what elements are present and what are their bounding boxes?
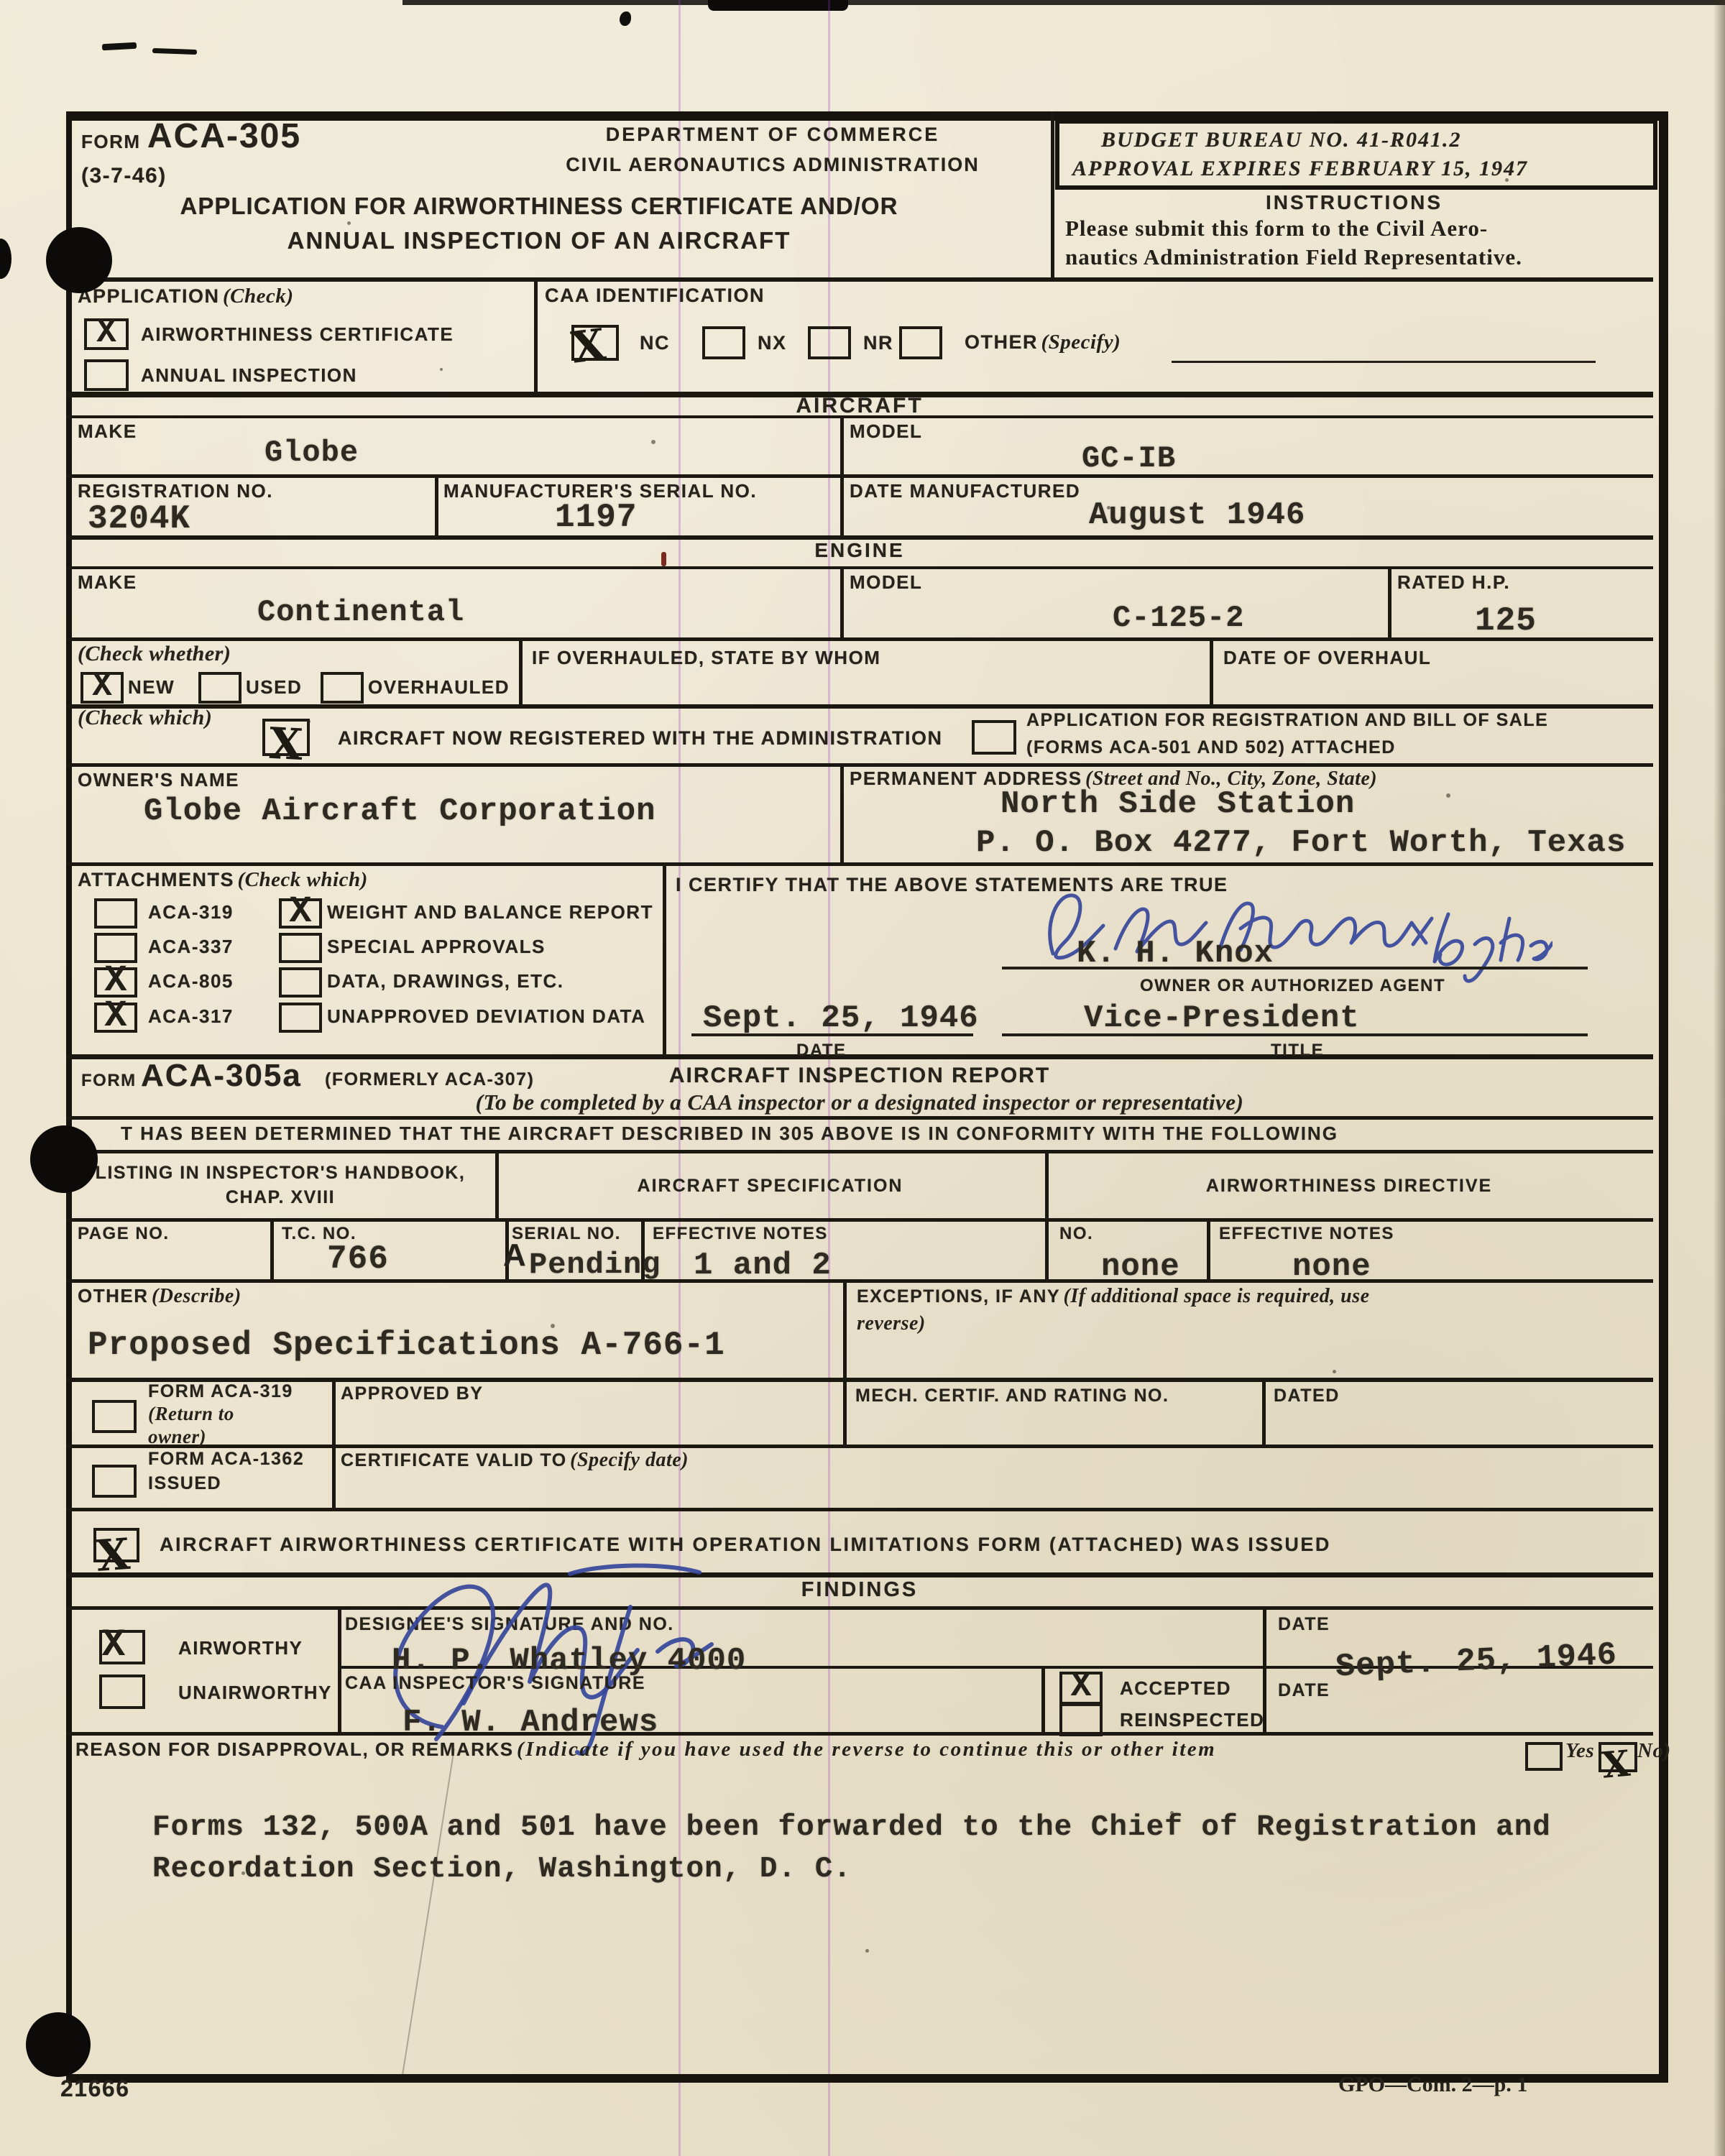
caa-identification-label: CAA IDENTIFICATION <box>545 285 765 307</box>
checkbox-other <box>899 326 942 359</box>
reverse-yes-label: Yes <box>1565 1739 1594 1763</box>
rated-hp-value: 125 <box>1475 602 1537 640</box>
checkbox-airworthy: X <box>99 1630 145 1664</box>
findings-date-label-bottom: DATE <box>1278 1680 1330 1701</box>
aircraft-section-title: AIRCRAFT <box>66 394 1653 418</box>
checkbox-reverse-no: X <box>1598 1742 1637 1772</box>
application-label-italic: (Check) <box>223 285 294 308</box>
checkbox-airworthiness-certificate: X <box>84 318 129 350</box>
serial-no-value: 1197 <box>555 499 637 536</box>
other-label-italic: (Describe) <box>152 1285 241 1307</box>
checkbox-nx <box>702 326 745 359</box>
checkbox-aca-317: X <box>94 1003 137 1033</box>
other-specify-line <box>1172 361 1596 363</box>
x-mark: X <box>1071 1669 1092 1704</box>
certification-date-value: Sept. 25, 1946 <box>703 1000 979 1036</box>
owner-name-value: Globe Aircraft Corporation <box>144 793 656 829</box>
overhaul-by-label: IF OVERHAULED, STATE BY WHOM <box>532 647 880 669</box>
form-label: FORM <box>81 131 141 153</box>
aircraft-model-value: GC-IB <box>1082 441 1176 476</box>
checkbox-registered: X <box>262 719 310 756</box>
engine-section-title: ENGINE <box>66 539 1653 562</box>
aircraft-model-label: MODEL <box>850 420 922 443</box>
date-manufactured-label: DATE MANUFACTURED <box>850 480 1080 502</box>
address-line-2: P. O. Box 4277, Fort Worth, Texas <box>976 825 1626 861</box>
data-drawings-label: DATA, DRAWINGS, ETC. <box>327 970 563 992</box>
handbook-col-label-1: LISTING IN INSPECTOR'S HANDBOOK, <box>72 1163 489 1184</box>
inspection-title: AIRCRAFT INSPECTION REPORT <box>66 1064 1653 1088</box>
form-title-2: ANNUAL INSPECTION OF AN AIRCRAFT <box>129 227 949 254</box>
other-label: OTHER <box>965 331 1038 353</box>
other-label: OTHER <box>78 1285 149 1307</box>
unapproved-deviation-label: UNAPPROVED DEVIATION DATA <box>327 1005 645 1028</box>
annual-inspection-label: ANNUAL INSPECTION <box>141 364 357 387</box>
checkbox-form-aca-319 <box>92 1400 137 1433</box>
hole-punch-bottom <box>26 2012 91 2077</box>
engine-model-value: C-125-2 <box>1113 601 1244 635</box>
x-mark: X <box>102 1626 125 1665</box>
inspection-subtitle: (To be completed by a CAA inspector or a… <box>66 1089 1653 1115</box>
checkbox-unapproved-deviation <box>279 1003 322 1033</box>
handbook-col-label-2: CHAP. XVIII <box>72 1187 489 1208</box>
return-to-label: (Return to <box>148 1403 234 1425</box>
checkbox-special-approvals <box>279 933 322 963</box>
aircraft-make-label: MAKE <box>78 420 137 443</box>
scan-smudge <box>620 11 631 26</box>
accepted-label: ACCEPTED <box>1120 1677 1231 1700</box>
checkbox-certificate-issued: X <box>93 1528 139 1562</box>
certification-date-line <box>691 1033 973 1036</box>
approved-by-label: APPROVED BY <box>341 1383 483 1404</box>
checkbox-reinspected <box>1059 1703 1103 1736</box>
issued-label: ISSUED <box>148 1473 221 1494</box>
x-mark: X <box>289 893 311 931</box>
checkbox-reverse-yes <box>1525 1742 1563 1771</box>
registration-no-value: 3204K <box>88 500 190 538</box>
checkbox-new: X <box>80 672 124 704</box>
directive-no-value: none <box>1101 1249 1180 1285</box>
caa-inspector-signature-typed: F. W. Andrews <box>402 1705 658 1741</box>
reason-line: REASON FOR DISAPPROVAL, OR REMARKS (Indi… <box>75 1738 1216 1761</box>
x-mark: X <box>96 316 116 349</box>
checkbox-aca-805: X <box>94 967 137 998</box>
instructions-title: INSTRUCTIONS <box>1055 191 1653 214</box>
scanned-form-aca-305: FORM ACA-305 (3-7-46) DEPARTMENT OF COMM… <box>0 0 1725 2156</box>
engine-model-label: MODEL <box>850 571 922 594</box>
special-approvals-label: SPECIAL APPROVALS <box>327 936 546 958</box>
budget-line-2: APPROVAL EXPIRES FEBRUARY 15, 1947 <box>1072 157 1528 181</box>
budget-line-1: BUDGET BUREAU NO. 41-R041.2 <box>1101 128 1462 152</box>
directive-no-label: NO. <box>1059 1224 1093 1244</box>
scan-right-shade <box>1713 0 1725 2156</box>
serial-pending-value: Pending <box>529 1248 661 1282</box>
other-specify-label: OTHER (Specify) <box>965 331 1121 354</box>
reinspected-label: REINSPECTED <box>1120 1709 1264 1731</box>
scan-dash-2 <box>152 48 197 55</box>
valid-label-text: CERTIFICATE VALID TO <box>341 1450 567 1470</box>
checkbox-overhauled <box>321 672 364 704</box>
reverse-no-label: No) <box>1637 1739 1671 1763</box>
engine-make-value: Continental <box>257 595 464 630</box>
check-whether-label: (Check whether) <box>78 642 231 666</box>
effective-notes-label: EFFECTIVE NOTES <box>653 1224 828 1244</box>
airworthy-label: AIRWORTHY <box>178 1637 303 1659</box>
certification-title-line <box>1002 1033 1588 1036</box>
airworthiness-certificate-label: AIRWORTHINESS CERTIFICATE <box>141 323 454 346</box>
footer-gpo: GPO—Com. 2—p. 1 <box>1338 2073 1527 2097</box>
aircraft-spec-col-label: AIRCRAFT SPECIFICATION <box>495 1176 1045 1197</box>
other-value: Proposed Specifications A-766-1 <box>88 1327 725 1364</box>
exceptions-label: EXCEPTIONS, IF ANY (If additional space … <box>857 1285 1370 1308</box>
attachments-label: ATTACHMENTS <box>78 869 234 890</box>
footer-serial: 21666 <box>60 2076 129 2102</box>
overhauled-label: OVERHAULED <box>368 676 510 699</box>
tc-no-value: 766 <box>327 1240 389 1278</box>
registered-label: AIRCRAFT NOW REGISTERED WITH THE ADMINIS… <box>338 727 942 750</box>
rated-hp-label: RATED H.P. <box>1397 571 1510 594</box>
address-line-1: North Side Station <box>1000 786 1355 822</box>
certificate-valid-label: CERTIFICATE VALID TO (Specify date) <box>341 1449 689 1472</box>
weight-balance-label: WEIGHT AND BALANCE REPORT <box>327 901 653 923</box>
findings-date-label-top: DATE <box>1278 1614 1330 1635</box>
findings-section-title: FINDINGS <box>66 1578 1653 1602</box>
checkbox-annual-inspection <box>84 359 129 391</box>
owner-paren-label: owner) <box>148 1426 206 1448</box>
form-number: ACA-305 <box>147 116 301 156</box>
effective-notes-2-label: EFFECTIVE NOTES <box>1219 1224 1394 1244</box>
caa-inspector-signature-label: CAA INSPECTOR'S SIGNATURE <box>345 1673 645 1694</box>
date-manufactured-value: August 1946 <box>1089 497 1305 533</box>
mech-certif-label: MECH. CERTIF. AND RATING NO. <box>855 1386 1169 1406</box>
aca-805-label: ACA-805 <box>148 970 234 992</box>
certification-date-label: DATE <box>796 1041 847 1061</box>
instructions-line-1: Please submit this form to the Civil Aer… <box>1065 216 1488 241</box>
new-label: NEW <box>128 676 175 699</box>
remarks-line-1: Forms 132, 500A and 501 have been forwar… <box>152 1811 1551 1844</box>
form-date: (3-7-46) <box>81 164 167 188</box>
x-mark: X <box>569 323 608 370</box>
determined-statement: T HAS BEEN DETERMINED THAT THE AIRCRAFT … <box>121 1123 1338 1145</box>
checkbox-weight-balance: X <box>279 898 322 929</box>
reason-label: REASON FOR DISAPPROVAL, OR REMARKS <box>75 1738 514 1760</box>
scan-left-edge-mark <box>0 239 11 279</box>
reason-label-italic: (Indicate if you have used the reverse t… <box>517 1738 1216 1761</box>
checkbox-aca-319 <box>94 898 137 929</box>
dept-line-2: CIVIL AERONAUTICS ADMINISTRATION <box>553 154 992 176</box>
effective-notes-2-value: none <box>1292 1249 1371 1285</box>
serial-col-label: SERIAL NO. <box>512 1224 621 1244</box>
checkbox-aca-337 <box>94 933 137 963</box>
scan-dash-1 <box>102 42 137 50</box>
unairworthy-label: UNAIRWORTHY <box>178 1682 332 1704</box>
exceptions-label-text: EXCEPTIONS, IF ANY <box>857 1286 1060 1307</box>
other-describe-label: OTHER (Describe) <box>78 1285 241 1308</box>
nr-label: NR <box>863 332 893 354</box>
checkbox-application-registration <box>972 720 1016 755</box>
aca-317-label: ACA-317 <box>148 1005 234 1028</box>
x-mark: X <box>268 722 304 767</box>
checkbox-nc: X <box>571 325 619 361</box>
exceptions-label-italic: (If additional space is required, use <box>1064 1285 1370 1307</box>
application-registration-line1: APPLICATION FOR REGISTRATION AND BILL OF… <box>1026 710 1548 731</box>
aca-337-label: ACA-337 <box>148 936 234 958</box>
attachments-label-italic: (Check which) <box>237 868 367 891</box>
attachments-section-label: ATTACHMENTS (Check which) <box>78 868 368 892</box>
application-section-label: APPLICATION (Check) <box>78 285 293 308</box>
x-mark: X <box>95 1533 132 1578</box>
page-no-label: PAGE NO. <box>78 1224 170 1244</box>
hole-punch-top <box>46 227 112 293</box>
checkbox-form-aca-1362 <box>92 1465 137 1498</box>
form-aca-1362-label: FORM ACA-1362 <box>148 1449 304 1470</box>
nx-label: NX <box>758 332 787 354</box>
valid-label-italic: (Specify date) <box>570 1449 689 1471</box>
x-mark: X <box>92 670 112 703</box>
aca-319-label: ACA-319 <box>148 901 234 923</box>
remarks-line-2: Recordation Section, Washington, D. C. <box>152 1853 852 1886</box>
nc-label: NC <box>640 332 670 354</box>
x-mark: X <box>104 998 126 1035</box>
overhaul-date-label: DATE OF OVERHAUL <box>1223 647 1431 669</box>
other-label-italic: (Specify) <box>1041 331 1121 354</box>
form-title-1: APPLICATION FOR AIRWORTHINESS CERTIFICAT… <box>129 193 949 220</box>
checkbox-data-drawings <box>279 967 322 998</box>
owner-name-label: OWNER'S NAME <box>78 769 239 791</box>
hole-punch-middle <box>30 1125 98 1193</box>
aircraft-make-value: Globe <box>264 436 359 470</box>
form-aca-319-label: FORM ACA-319 <box>148 1381 293 1402</box>
checkbox-unairworthy <box>99 1674 145 1709</box>
owner-signature-line <box>1002 967 1588 969</box>
registration-no-label: REGISTRATION NO. <box>78 480 273 502</box>
owner-agent-label: OWNER OR AUTHORIZED AGENT <box>1140 976 1445 996</box>
exceptions-label-line2: reverse) <box>857 1312 926 1335</box>
dept-line-1: DEPARTMENT OF COMMERCE <box>553 124 992 146</box>
scan-top-edge <box>402 0 1725 5</box>
effective-notes-value: 1 and 2 <box>694 1248 832 1284</box>
instructions-line-2: nautics Administration Field Representat… <box>1065 244 1522 270</box>
x-mark: X <box>1600 1746 1631 1784</box>
certification-title-value: Vice-President <box>1084 1000 1360 1036</box>
used-label: USED <box>246 676 302 699</box>
checkbox-nr <box>808 326 851 359</box>
serial-hand-a: A <box>503 1238 526 1273</box>
application-registration-line2: (FORMS ACA-501 AND 502) ATTACHED <box>1026 737 1396 758</box>
checkbox-used <box>198 672 241 704</box>
certification-title-label: TITLE <box>1271 1041 1324 1061</box>
airworthiness-directive-col-label: AIRWORTHINESS DIRECTIVE <box>1045 1176 1653 1197</box>
dated-label: DATED <box>1274 1386 1340 1406</box>
check-which-label: (Check which) <box>78 706 212 730</box>
scan-top-blob <box>708 0 848 11</box>
engine-make-label: MAKE <box>78 571 137 594</box>
checkbox-accepted: X <box>1059 1672 1103 1705</box>
application-label: APPLICATION <box>78 285 220 307</box>
